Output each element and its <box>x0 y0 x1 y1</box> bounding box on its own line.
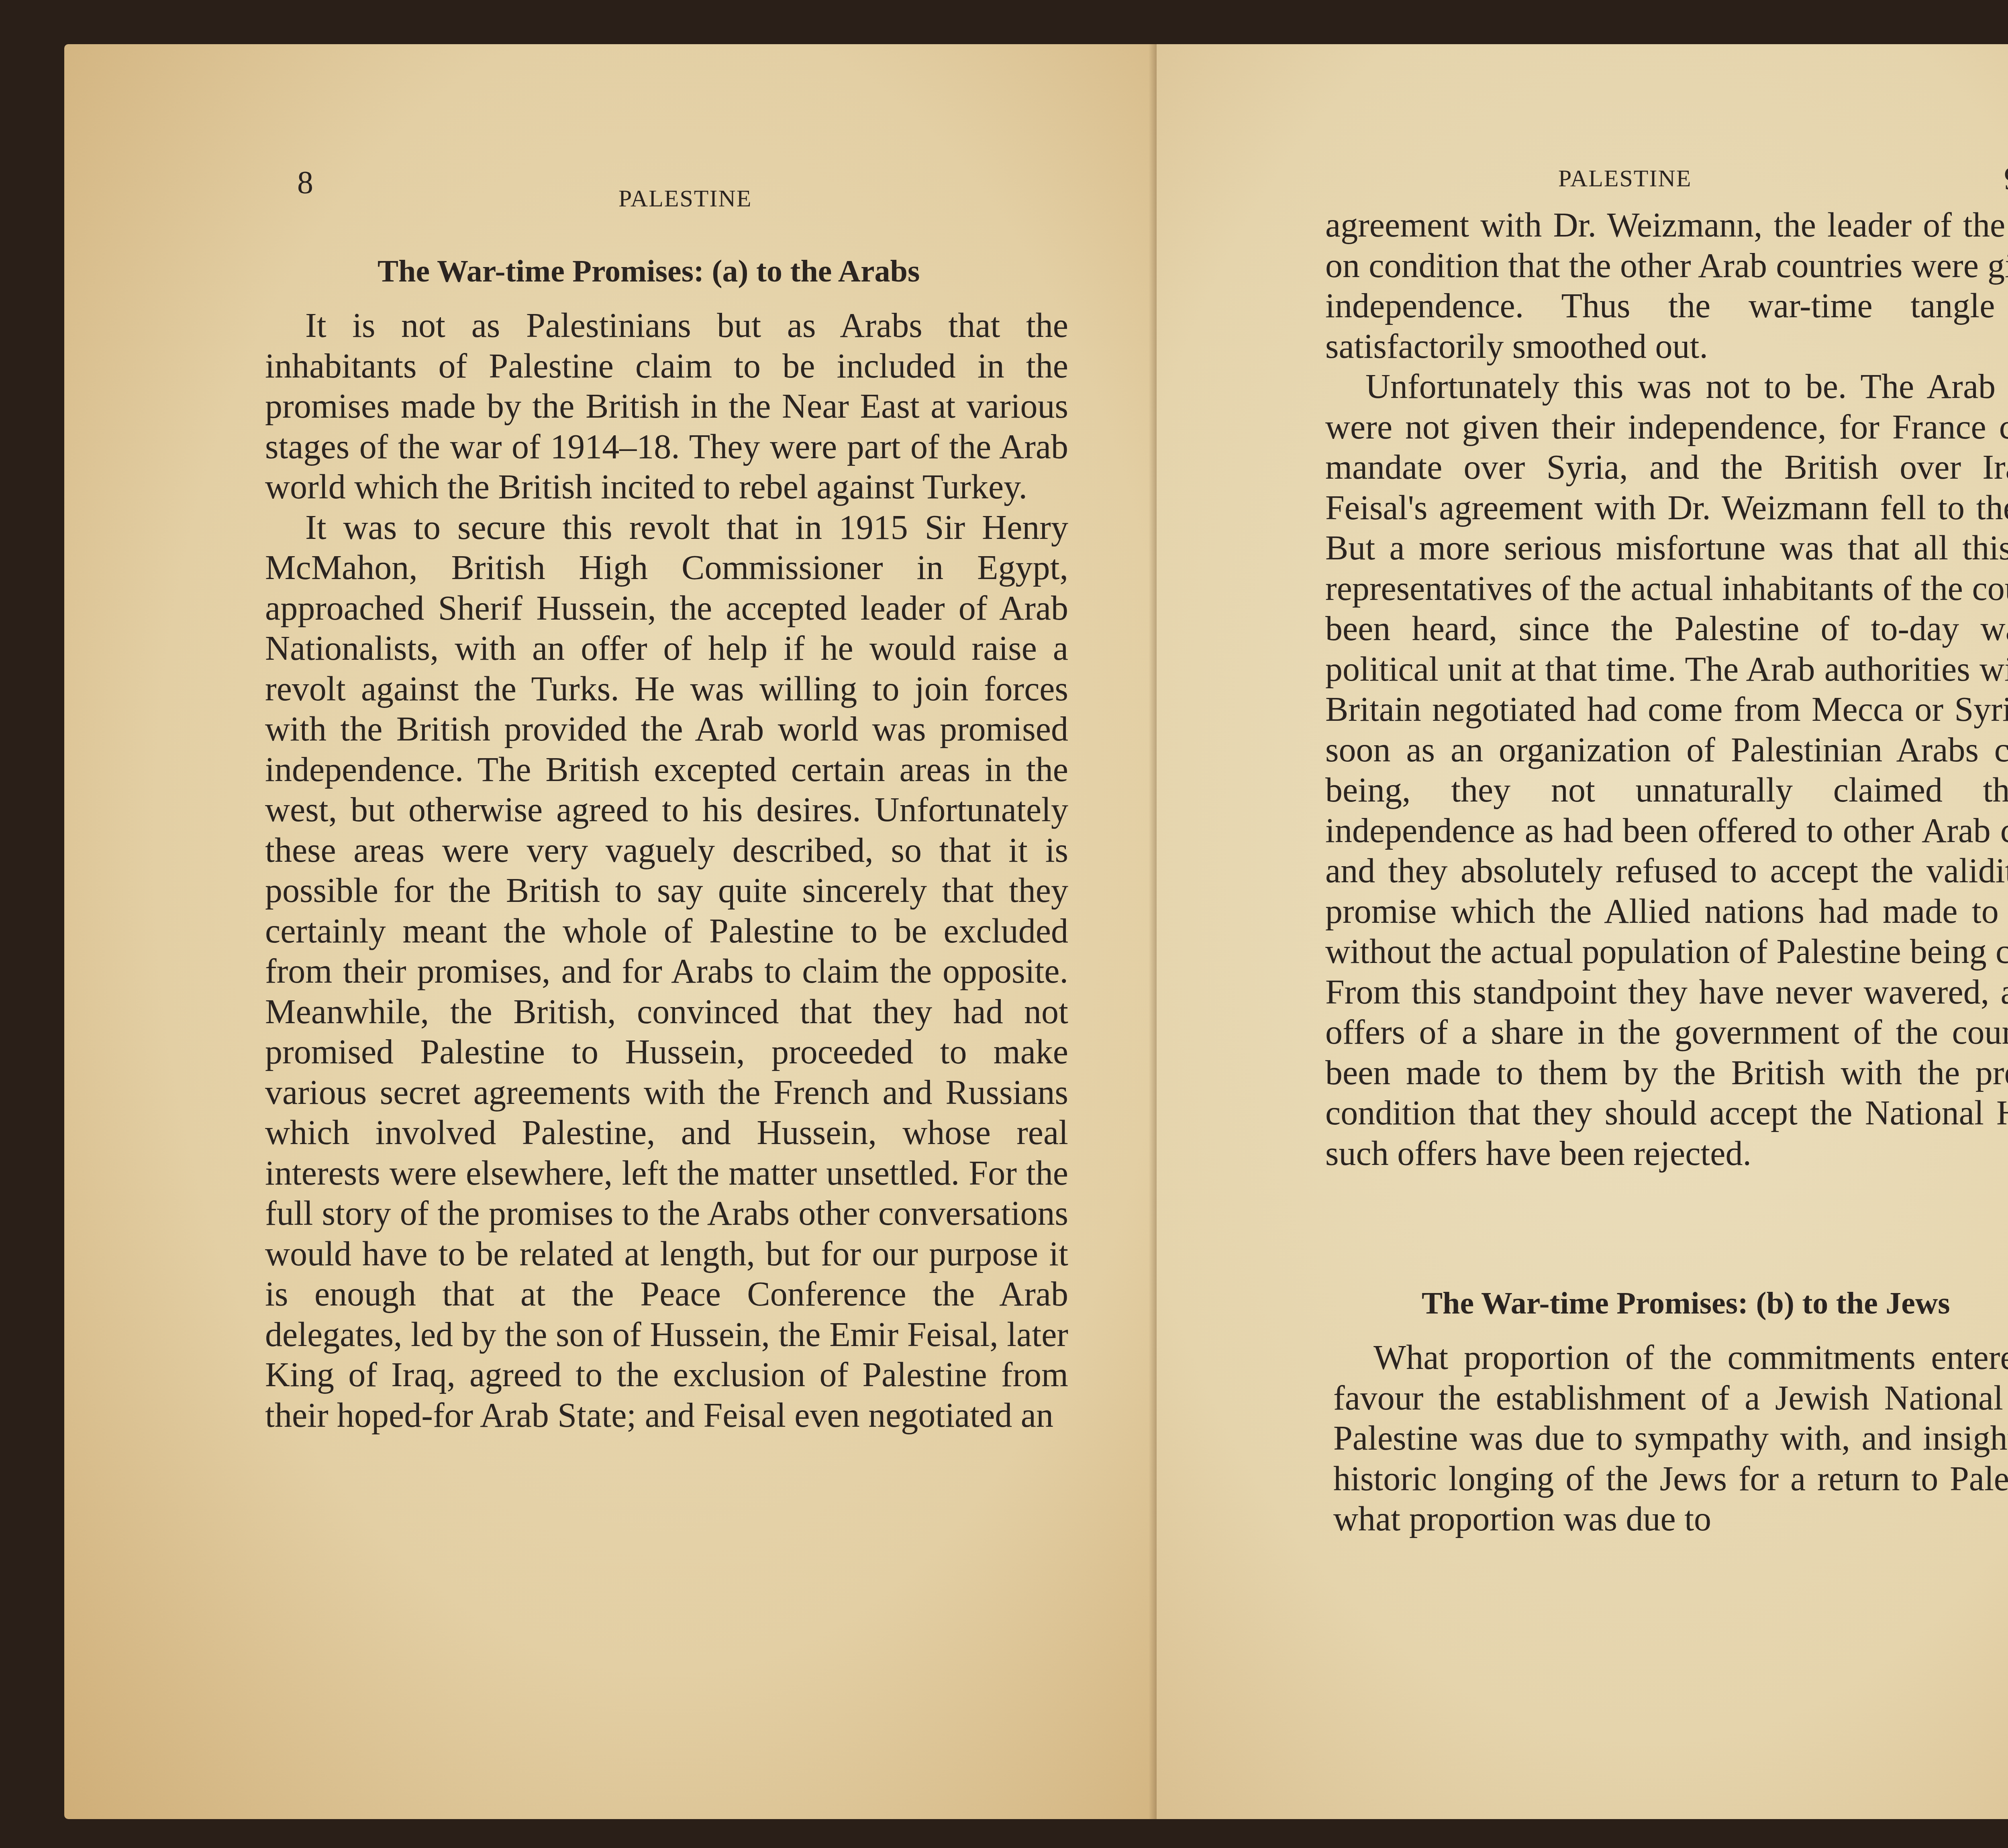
paragraph: Unfortunately this was not to be. The Ar… <box>1325 366 2008 1173</box>
body-text: What proportion of the commitments enter… <box>1333 1337 2008 1539</box>
body-text: It is not as Palestinians but as Arabs t… <box>265 305 1068 1435</box>
running-head: PALESTINE <box>618 185 752 212</box>
section-heading: The War-time Promises: (b) to the Jews <box>1422 1285 1950 1321</box>
body-text: agreement with Dr. Weizmann, the leader … <box>1325 205 2008 1173</box>
open-book: 8 PALESTINE The War-time Promises: (a) t… <box>64 44 2008 1819</box>
section-heading: The War-time Promises: (a) to the Arabs <box>378 253 920 289</box>
page-number: 8 <box>297 165 313 201</box>
left-page: 8 PALESTINE The War-time Promises: (a) t… <box>64 44 1157 1819</box>
paragraph: What proportion of the commitments enter… <box>1333 1337 2008 1539</box>
paragraph: It is not as Palestinians but as Arabs t… <box>265 305 1068 507</box>
page-number: 9 <box>2004 161 2008 197</box>
paragraph: It was to secure this revolt that in 191… <box>265 507 1068 1436</box>
right-page: PALESTINE 9 agreement with Dr. Weizmann,… <box>1157 44 2008 1819</box>
running-head: PALESTINE <box>1558 165 1692 192</box>
paragraph: agreement with Dr. Weizmann, the leader … <box>1325 205 2008 366</box>
